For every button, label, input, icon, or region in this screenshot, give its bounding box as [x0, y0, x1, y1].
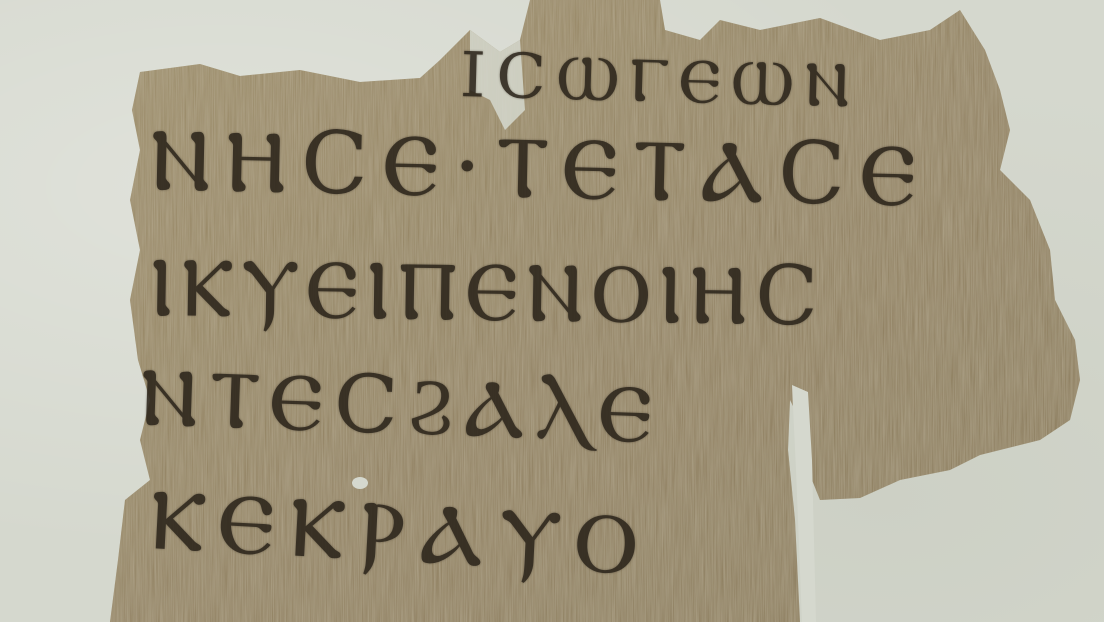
script-line-3: ⲒⲔⲨⲈⲒⲠⲈⲚⲞⲒⲎϹ: [149, 240, 826, 345]
script-line-2: ⲚⲎϹⲈ·ⲦⲈⲦⲀϹⲈ: [149, 110, 932, 228]
photo-scene: ΙϹⲰⲄⲈⲰⲚ ⲚⲎϹⲈ·ⲦⲈⲦⲀϹⲈ ⲒⲔⲨⲈⲒⲠⲈⲚⲞⲒⲎϹ ⲚⲦⲈϹϨⲀⲖ…: [0, 0, 1104, 622]
script-line-4: ⲚⲦⲈϹϨⲀⲖⲈ: [138, 350, 664, 462]
script-line-1: ΙϹⲰⲄⲈⲰⲚ: [459, 38, 861, 122]
